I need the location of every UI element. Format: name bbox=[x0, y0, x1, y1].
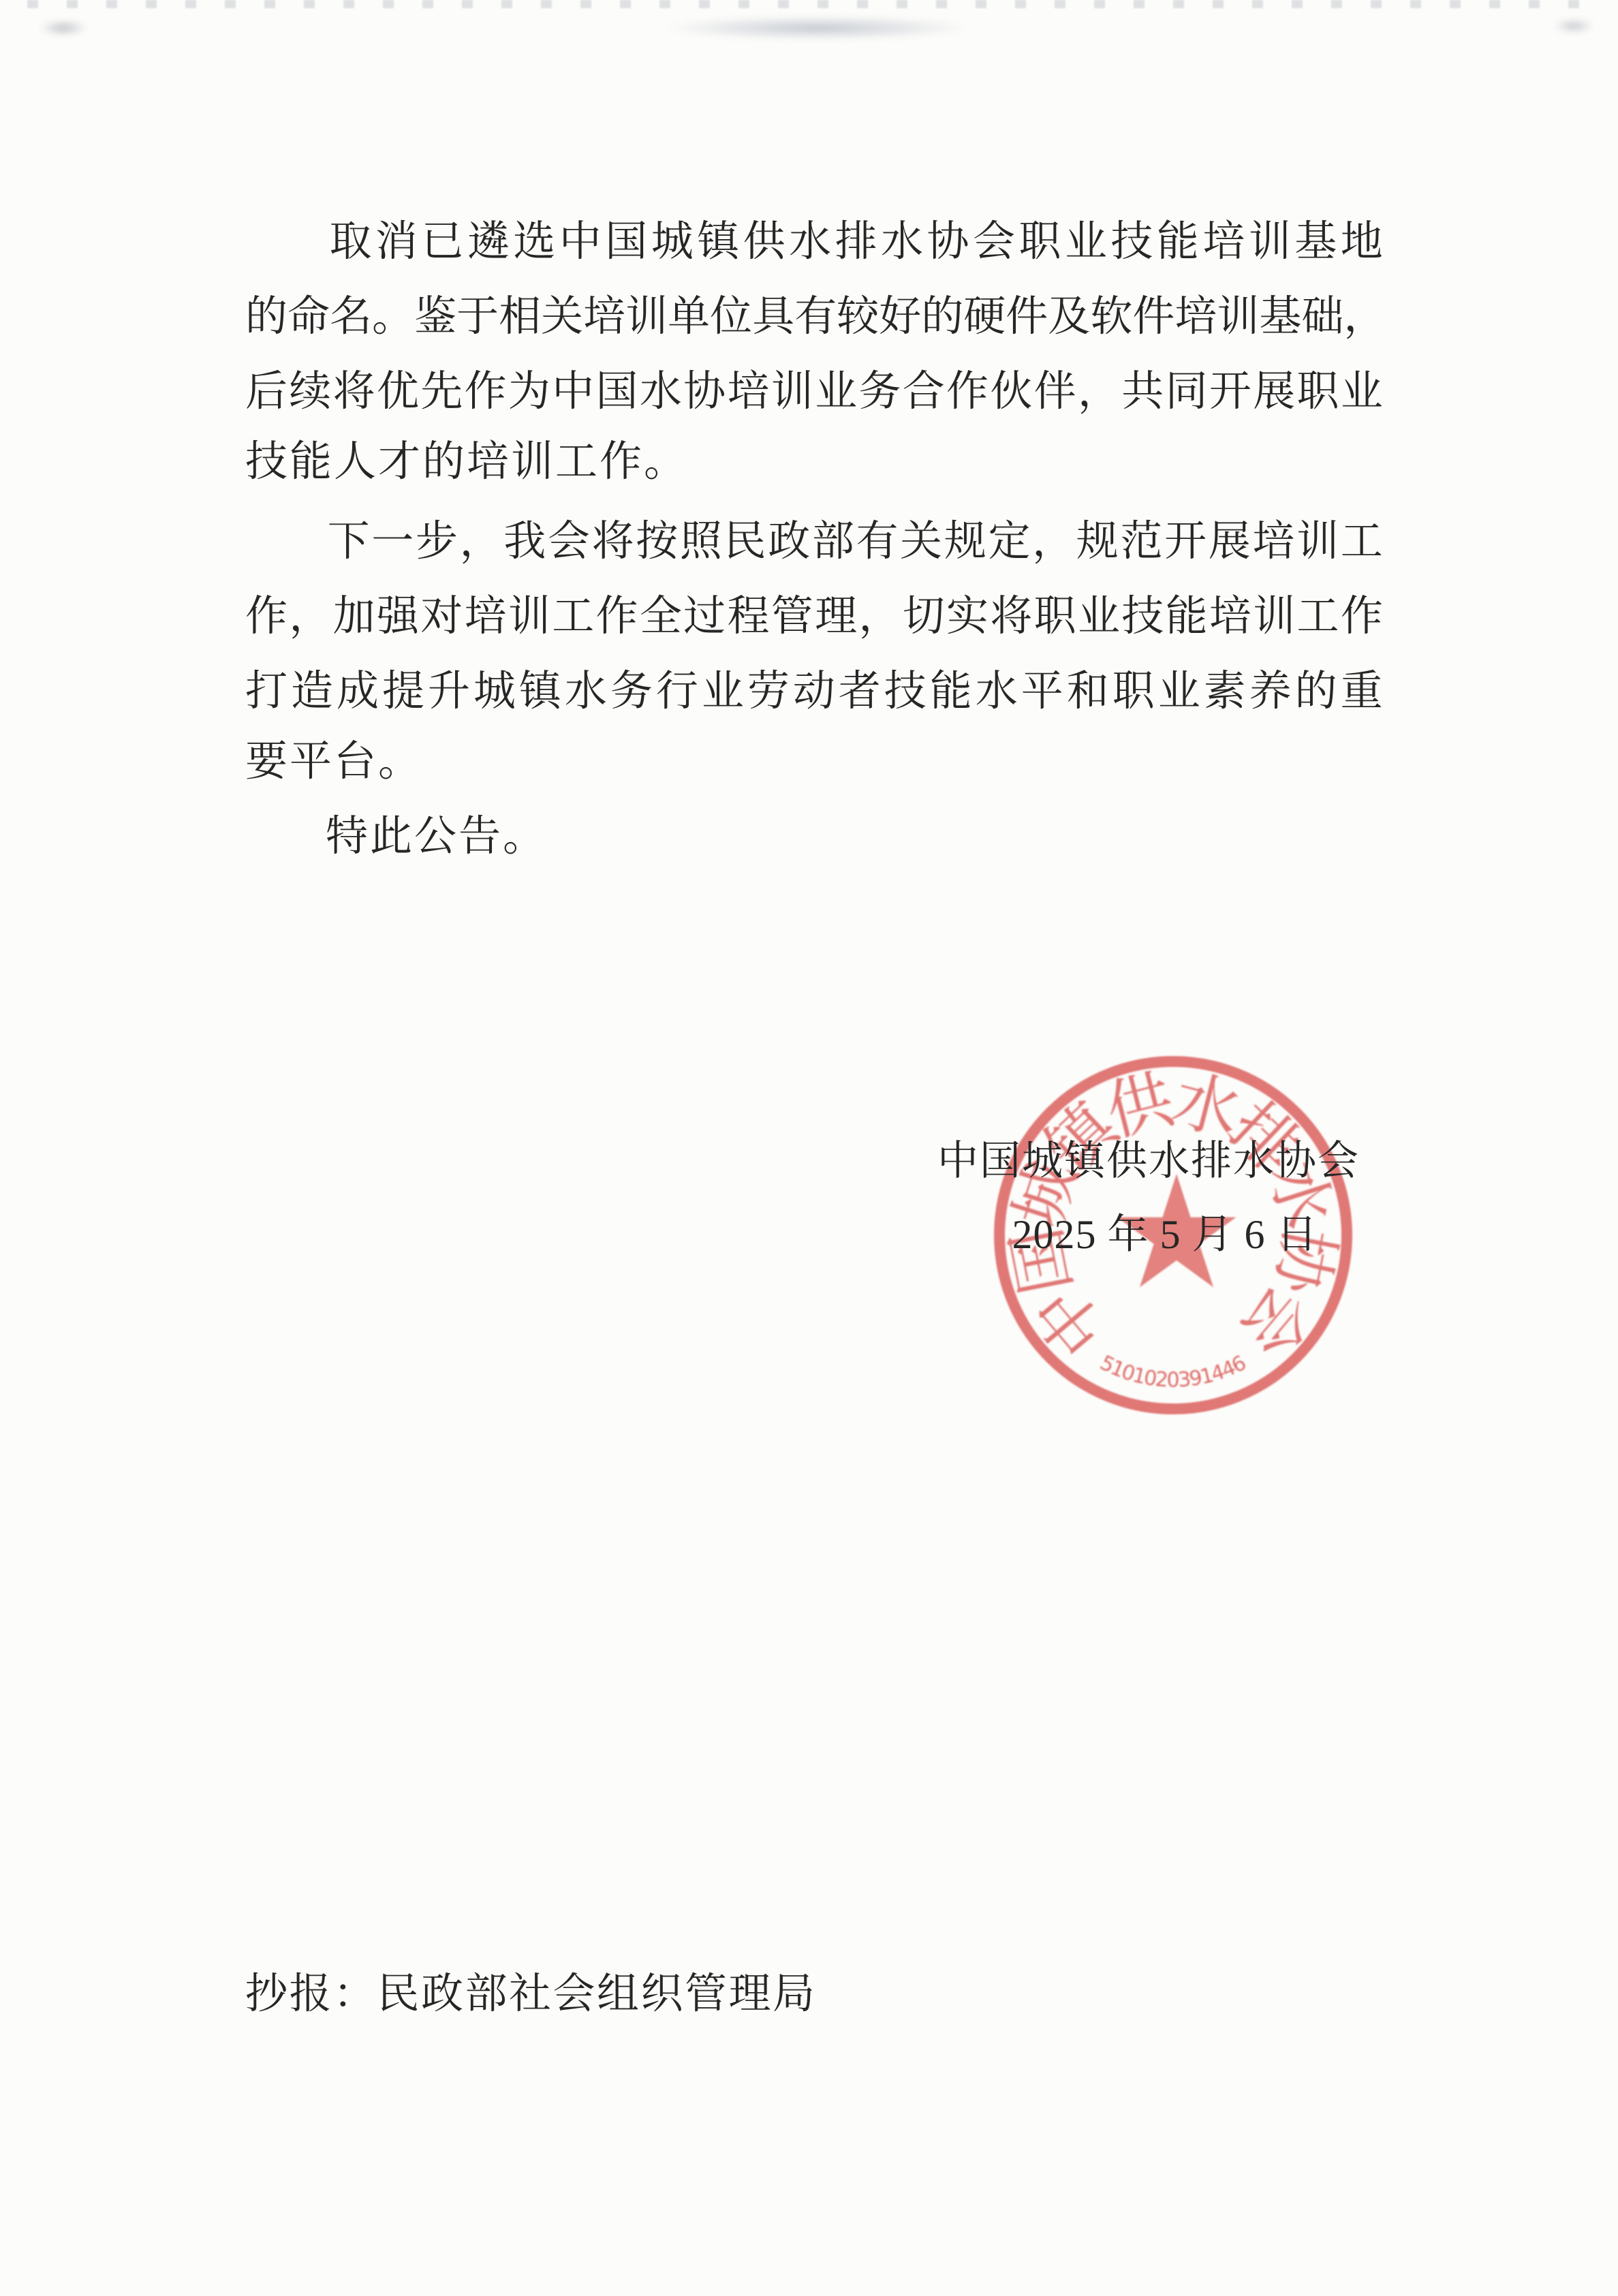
body-character: 训 bbox=[771, 357, 813, 418]
paragraph2-line2: 作，加强对培训工作全过程管理，切实将职业技能培训工作 bbox=[245, 574, 1383, 649]
body-character: 过 bbox=[683, 582, 726, 642]
body-character: 关 bbox=[900, 507, 942, 568]
paragraph1-line1: 取消已遴选中国城镇供水排水协会职业技能培训基地 bbox=[245, 200, 1383, 275]
paragraph2-line4: 要平台。 bbox=[245, 724, 1383, 799]
body-character: 业 bbox=[1158, 657, 1200, 717]
body-character: 作 bbox=[245, 582, 287, 642]
body-character: 鉴 bbox=[414, 282, 456, 343]
body-character: 合 bbox=[903, 357, 945, 418]
closing-line: 特此公告。 bbox=[245, 799, 1383, 874]
body-character: 取 bbox=[329, 207, 371, 268]
body-character: 的 bbox=[245, 282, 287, 343]
paragraph1-line3: 后续将优先作为中国水协培训业务合作伙伴，共同开展职业 bbox=[245, 350, 1383, 424]
body-character: 重 bbox=[1341, 657, 1383, 717]
body-character: 强 bbox=[377, 582, 419, 642]
body-character: 水 bbox=[565, 657, 607, 717]
scan-smudge bbox=[664, 16, 971, 40]
body-character: 培 bbox=[1252, 507, 1294, 568]
body-character: 共 bbox=[1121, 357, 1164, 418]
body-character: 劳 bbox=[747, 657, 790, 717]
body-character: 续 bbox=[289, 357, 331, 418]
body-character: 民 bbox=[724, 507, 766, 568]
paragraph1-line2: 的命名。鉴于相关培训单位具有较好的硬件及软件培训基础， bbox=[245, 275, 1383, 350]
body-character: 政 bbox=[768, 507, 810, 568]
body-character: 技 bbox=[1110, 207, 1153, 268]
body-character: 造 bbox=[291, 657, 333, 717]
body-character: 职 bbox=[1113, 657, 1155, 717]
body-character: 命 bbox=[287, 282, 330, 343]
body-character: 职 bbox=[1297, 357, 1339, 418]
body-character: 平 bbox=[1021, 657, 1063, 717]
body-character: 同 bbox=[1166, 357, 1208, 418]
body-character: 作 bbox=[465, 357, 507, 418]
body-character: 排 bbox=[835, 207, 877, 268]
body-character: 关 bbox=[541, 282, 583, 343]
body-character: 对 bbox=[420, 582, 463, 642]
body-character: 训 bbox=[508, 582, 550, 642]
body-character: 开 bbox=[1209, 357, 1251, 418]
body-character: 名 bbox=[330, 282, 372, 343]
body-character: 优 bbox=[377, 357, 419, 418]
body-character: 管 bbox=[771, 582, 813, 642]
body-character: 业 bbox=[1065, 207, 1107, 268]
body-character: 切 bbox=[903, 582, 945, 642]
paragraph1-line4: 技能人才的培训工作。 bbox=[245, 424, 1383, 499]
body-character: 软 bbox=[1090, 282, 1132, 343]
body-character: 培 bbox=[1202, 207, 1245, 268]
body-character: 素 bbox=[1204, 657, 1246, 717]
body-character: 。 bbox=[372, 282, 414, 343]
body-character: 动 bbox=[793, 657, 835, 717]
body-character: ， bbox=[460, 507, 502, 568]
body-character: 训 bbox=[1217, 282, 1259, 343]
body-character: 作 bbox=[1341, 582, 1383, 642]
body-character: 选 bbox=[513, 207, 555, 268]
body-character: 训 bbox=[1296, 507, 1339, 568]
body-character: 能 bbox=[1166, 582, 1208, 642]
paragraph2-line1: 下一步，我会将按照民政部有关规定，规范开展培训工 bbox=[245, 499, 1383, 574]
body-character: 中 bbox=[559, 207, 602, 268]
body-character: 我 bbox=[503, 507, 546, 568]
body-character: 有 bbox=[856, 507, 899, 568]
body-character: 培 bbox=[727, 357, 769, 418]
scan-smudge bbox=[1553, 19, 1594, 33]
body-character: 协 bbox=[927, 207, 969, 268]
body-character: 全 bbox=[640, 582, 682, 642]
body-character: 工 bbox=[552, 582, 594, 642]
body-character: 具 bbox=[752, 282, 794, 343]
scan-smudge bbox=[40, 20, 87, 35]
body-character: 会 bbox=[973, 207, 1015, 268]
body-character: 实 bbox=[946, 582, 989, 642]
body-character: 业 bbox=[1341, 357, 1383, 418]
body-character: 水 bbox=[976, 657, 1018, 717]
body-character: 打 bbox=[245, 657, 287, 717]
cc-footer-line: 抄报：民政部社会组织管理局 bbox=[245, 1957, 817, 2032]
body-character: 础 bbox=[1301, 282, 1343, 343]
body-character: 水 bbox=[640, 357, 682, 418]
body-character: 国 bbox=[605, 207, 647, 268]
body-character: 行 bbox=[656, 657, 698, 717]
body-character: 件 bbox=[1132, 282, 1174, 343]
body-character: 训 bbox=[625, 282, 668, 343]
body-character: 者 bbox=[839, 657, 881, 717]
body-character: 作 bbox=[596, 582, 638, 642]
body-character: 硬 bbox=[963, 282, 1006, 343]
body-character: ， bbox=[289, 582, 331, 642]
body-character: 国 bbox=[596, 357, 638, 418]
body-character: 基 bbox=[1259, 282, 1301, 343]
body-character: 水 bbox=[881, 207, 923, 268]
body-character: ， bbox=[1078, 357, 1120, 418]
body-character: 基 bbox=[1294, 207, 1337, 268]
body-character: 培 bbox=[1174, 282, 1217, 343]
body-character: 及 bbox=[1048, 282, 1090, 343]
body-character: 水 bbox=[789, 207, 831, 268]
body-character: 下 bbox=[328, 507, 370, 568]
body-character: 训 bbox=[1253, 582, 1295, 642]
body-character: 一 bbox=[371, 507, 414, 568]
body-character: 的 bbox=[921, 282, 963, 343]
paragraph2-line3: 打造成提升城镇水务行业劳动者技能水平和职业素养的重 bbox=[245, 649, 1383, 724]
body-character: 和 bbox=[1067, 657, 1109, 717]
body-character: 训 bbox=[1249, 207, 1291, 268]
body-character: 先 bbox=[420, 357, 463, 418]
body-character: 已 bbox=[421, 207, 463, 268]
body-character: 开 bbox=[1164, 507, 1207, 568]
body-character: 件 bbox=[1006, 282, 1048, 343]
body-character: 较 bbox=[837, 282, 879, 343]
body-character: 技 bbox=[884, 657, 927, 717]
body-character: 工 bbox=[1297, 582, 1339, 642]
body-character: 城 bbox=[651, 207, 694, 268]
body-character: 的 bbox=[1295, 657, 1337, 717]
body-character: 将 bbox=[333, 357, 375, 418]
body-character: 职 bbox=[1018, 207, 1061, 268]
body-character: 加 bbox=[333, 582, 375, 642]
body-character: 中 bbox=[552, 357, 594, 418]
body-character: 规 bbox=[1076, 507, 1119, 568]
body-character: 务 bbox=[858, 357, 901, 418]
body-character: 提 bbox=[382, 657, 424, 717]
body-character: 部 bbox=[812, 507, 854, 568]
body-character: 理 bbox=[815, 582, 857, 642]
body-character: 供 bbox=[743, 207, 785, 268]
body-character: 规 bbox=[944, 507, 986, 568]
body-character: 培 bbox=[465, 582, 507, 642]
body-character: 将 bbox=[592, 507, 634, 568]
body-character: 能 bbox=[930, 657, 972, 717]
body-character: 伙 bbox=[990, 357, 1032, 418]
body-character: 能 bbox=[1157, 207, 1199, 268]
body-character: 相 bbox=[499, 282, 541, 343]
body-character: 业 bbox=[702, 657, 744, 717]
body-character: 成 bbox=[337, 657, 379, 717]
body-character: 展 bbox=[1209, 507, 1251, 568]
issuer-signature: 中国城镇供水排水协会 bbox=[876, 1123, 1421, 1198]
body-character: 培 bbox=[1209, 582, 1251, 642]
document-body: 取消已遴选中国城镇供水排水协会职业技能培训基地 的命名。鉴于相关培训单位具有较好… bbox=[245, 200, 1383, 874]
body-character: 为 bbox=[508, 357, 550, 418]
body-character: 按 bbox=[636, 507, 678, 568]
body-character: 协 bbox=[683, 357, 726, 418]
body-character: 技 bbox=[1121, 582, 1164, 642]
body-character: 培 bbox=[583, 282, 625, 343]
body-character: 定 bbox=[988, 507, 1030, 568]
body-character: 位 bbox=[710, 282, 752, 343]
body-character: 消 bbox=[375, 207, 418, 268]
body-character: 程 bbox=[727, 582, 769, 642]
body-character: 会 bbox=[548, 507, 590, 568]
body-character: 作 bbox=[946, 357, 989, 418]
body-character: 单 bbox=[668, 282, 710, 343]
body-character: ， bbox=[858, 582, 901, 642]
issue-date: 2025 年 5 月 6 日 bbox=[892, 1197, 1437, 1272]
body-character: 镇 bbox=[519, 657, 561, 717]
body-character: 照 bbox=[680, 507, 722, 568]
scan-edge-artifact bbox=[27, 0, 1604, 8]
body-character: 于 bbox=[456, 282, 499, 343]
body-character: 职 bbox=[1034, 582, 1076, 642]
body-character: 步 bbox=[416, 507, 458, 568]
body-character: ， bbox=[1032, 507, 1074, 568]
body-character: 伴 bbox=[1034, 357, 1076, 418]
body-character: 好 bbox=[879, 282, 921, 343]
body-character: 有 bbox=[794, 282, 837, 343]
body-character: 地 bbox=[1341, 207, 1383, 268]
scanned-announcement-page: 取消已遴选中国城镇供水排水协会职业技能培训基地 的命名。鉴于相关培训单位具有较好… bbox=[0, 0, 1618, 2296]
body-character: 遴 bbox=[467, 207, 510, 268]
body-character: 展 bbox=[1253, 357, 1295, 418]
body-character: 业 bbox=[1078, 582, 1120, 642]
body-character: 务 bbox=[610, 657, 653, 717]
body-character: ， bbox=[1343, 282, 1386, 343]
body-character: 将 bbox=[990, 582, 1032, 642]
body-character: 镇 bbox=[697, 207, 739, 268]
body-character: 养 bbox=[1249, 657, 1292, 717]
body-character: 范 bbox=[1120, 507, 1162, 568]
body-character: 升 bbox=[428, 657, 470, 717]
body-character: 城 bbox=[473, 657, 516, 717]
body-character: 工 bbox=[1341, 507, 1383, 568]
body-character: 后 bbox=[245, 357, 287, 418]
body-character: 业 bbox=[815, 357, 857, 418]
